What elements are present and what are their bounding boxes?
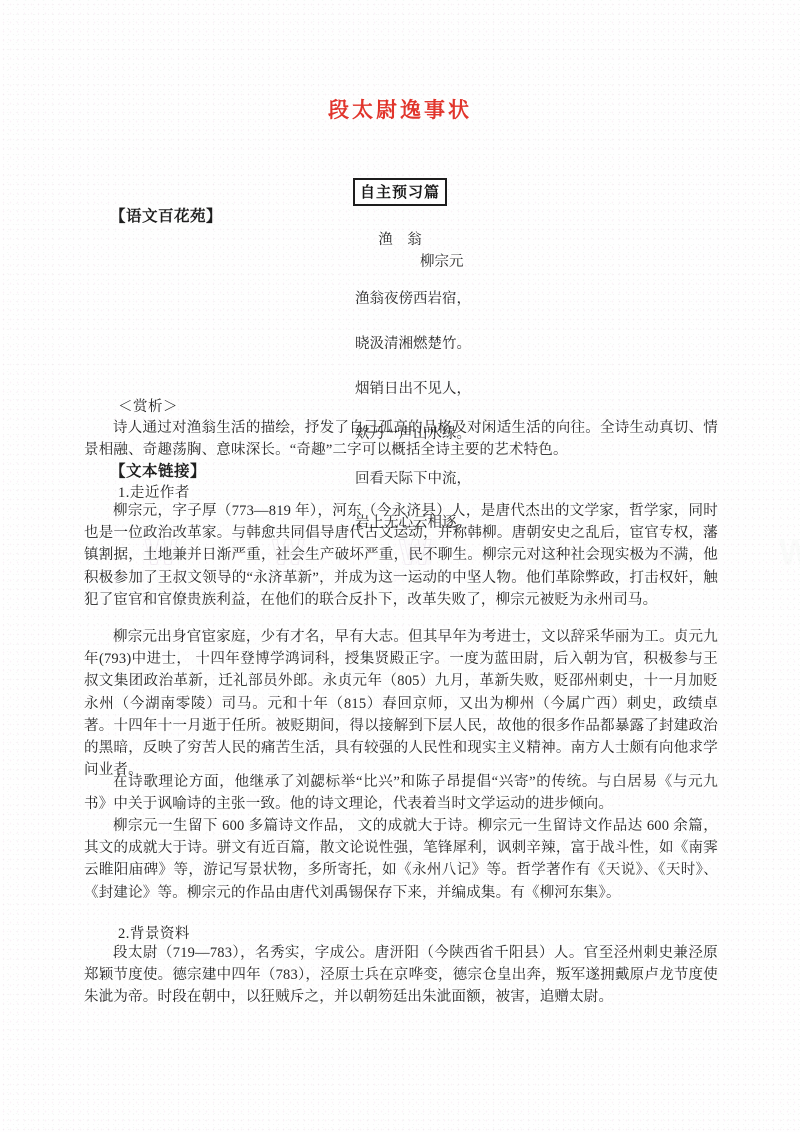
author-paragraph-1: 柳宗元，字子厚（773—819 年），河东（今永济县）人，是唐代杰出的文学家，哲… xyxy=(84,500,718,611)
poem-title: 渔 翁 xyxy=(0,228,800,249)
textlink-section-heading: 【文本链接】 xyxy=(110,459,206,481)
document-page: 段太尉逸事状 自主预习篇 【语文百花苑】 渔 翁 柳宗元 渔翁夜傍西岩宿， 晓汲… xyxy=(0,0,800,1132)
poem-line: 晓汲清湘燃楚竹。 xyxy=(355,333,471,355)
background-paragraph: 段太尉（719—783），名秀实，字成公。唐汧阳（今陕西省千阳县）人。官至泾州刺… xyxy=(84,942,718,1009)
background-subheading: 2.背景资料 xyxy=(118,922,190,943)
section-badge: 自主预习篇 xyxy=(353,178,447,206)
appreciation-heading: ＜赏析＞ xyxy=(118,395,178,416)
page-title: 段太尉逸事状 xyxy=(0,94,800,124)
author-paragraph-4: 柳宗元一生留下 600 多篇诗文作品， 文的成就大于诗。柳宗元一生留诗文作品达 … xyxy=(84,815,718,904)
author-paragraph-3: 在诗歌理论方面，他继承了刘勰标举“比兴”和陈子昂提倡“兴寄”的传统。与白居易《与… xyxy=(84,771,718,815)
author-paragraph-2: 柳宗元出身官宦家庭，少有才名，早有大志。但其早年为考进士，文以辞采华丽为工。贞元… xyxy=(84,626,718,781)
poem-line: 烟销日出不见人， xyxy=(355,378,471,400)
poem-line: 渔翁夜傍西岩宿， xyxy=(355,288,471,310)
section-badge-container: 自主预习篇 xyxy=(0,178,800,206)
poem-line: 回看天际下中流， xyxy=(355,468,471,490)
author-subheading: 1.走近作者 xyxy=(118,481,190,502)
garden-section-heading: 【语文百花苑】 xyxy=(110,204,222,226)
appreciation-paragraph: 诗人通过对渔翁生活的描绘，抒发了自己孤高的品格及对闲适生活的向往。全诗生动真切、… xyxy=(84,417,718,461)
